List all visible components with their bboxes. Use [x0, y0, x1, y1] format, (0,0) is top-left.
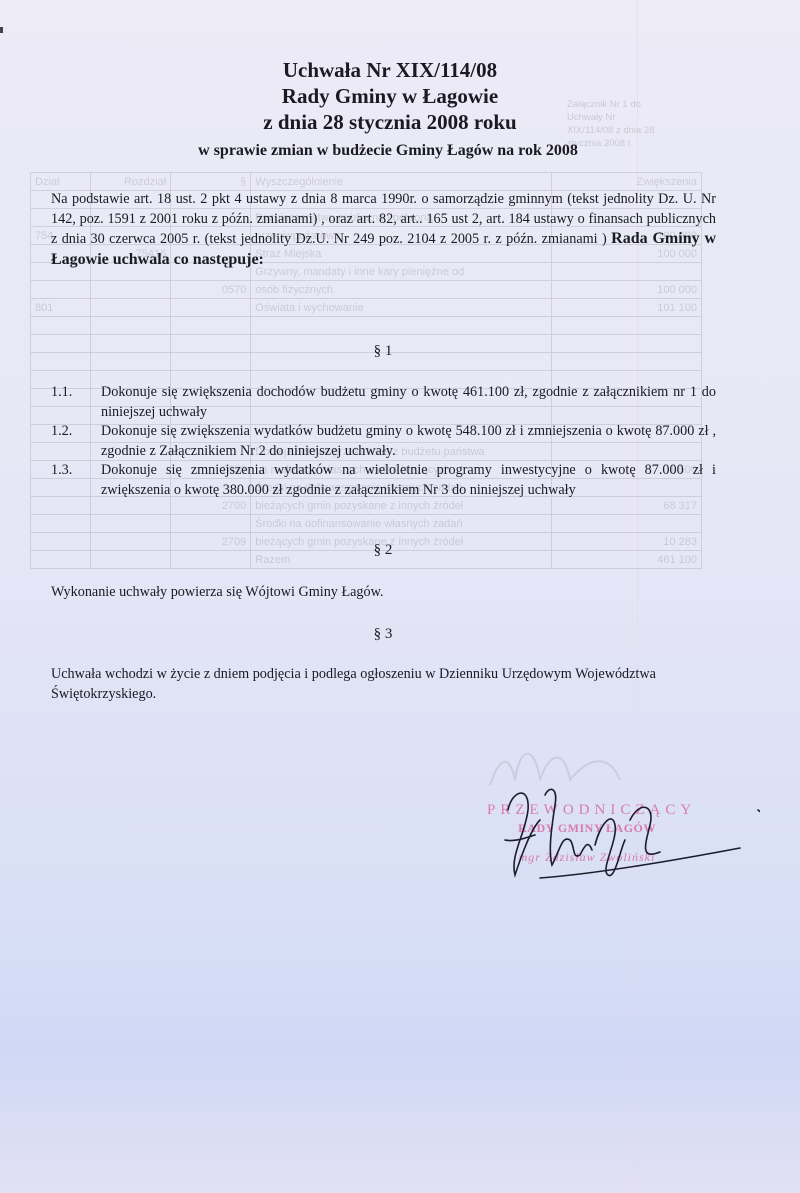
ghost-table-cell — [31, 281, 91, 299]
ghost-table-cell — [31, 515, 91, 533]
ghost-table-row: 801Oświata i wychowanie101 100 — [31, 299, 702, 317]
ghost-table-cell: Wyszczególnienie — [251, 173, 551, 191]
ghost-table-cell: osób fizycznych — [251, 281, 551, 299]
ghost-table-cell — [91, 299, 171, 317]
ghost-table-row — [31, 317, 702, 335]
ghost-table-cell — [91, 317, 171, 335]
ghost-table-cell: 801 — [31, 299, 91, 317]
ghost-table-cell: Rozdział — [91, 173, 171, 191]
ghost-table-cell — [171, 515, 251, 533]
council-name: Rady Gminy w Łagowie — [0, 84, 790, 109]
list-item: 1.1. Dokonuje się zwiększenia dochodów b… — [51, 383, 716, 422]
section-2-text: Wykonanie uchwały powierza się Wójtowi G… — [51, 583, 716, 603]
ghost-table-row: DziałRozdział§WyszczególnienieZwiększeni… — [31, 173, 702, 191]
section-1-items: 1.1. Dokonuje się zwiększenia dochodów b… — [51, 383, 716, 500]
list-item: 1.3. Dokonuje się zmniejszenia wydatków … — [51, 461, 716, 500]
section-heading-3: § 3 — [0, 626, 783, 643]
item-number: 1.2. — [51, 422, 101, 461]
item-text: Dokonuje się zwiększenia wydatków budżet… — [101, 422, 716, 461]
ghost-table-cell — [171, 317, 251, 335]
handwritten-signature — [500, 780, 760, 890]
list-item: 1.2. Dokonuje się zwiększenia wydatków b… — [51, 422, 716, 461]
ghost-table-cell — [31, 317, 91, 335]
preamble: Na podstawie art. 18 ust. 2 pkt 4 ustawy… — [51, 190, 716, 270]
section-heading-2: § 2 — [0, 542, 783, 559]
ghost-table-cell: 0570 — [171, 281, 251, 299]
ghost-table-cell — [251, 317, 551, 335]
item-number: 1.3. — [51, 461, 101, 500]
ghost-table-cell: 100 000 — [551, 281, 701, 299]
ghost-table-row: Środki na dofinansowanie własnych zadań — [31, 515, 702, 533]
item-text: Dokonuje się zmniejszenia wydatków na wi… — [101, 461, 716, 500]
ghost-table-cell: Oświata i wychowanie — [251, 299, 551, 317]
section-3-text: Uchwała wchodzi w życie z dniem podjęcia… — [51, 665, 716, 704]
ghost-table-row: 0570osób fizycznych100 000 — [31, 281, 702, 299]
scan-artifact-mark — [0, 27, 3, 33]
ghost-table-cell: Dział — [31, 173, 91, 191]
ghost-table-cell — [91, 515, 171, 533]
ghost-table-cell — [551, 515, 701, 533]
ghost-table-cell: Zwiększenia — [551, 173, 701, 191]
ghost-table-cell: Środki na dofinansowanie własnych zadań — [251, 515, 551, 533]
ghost-table-cell: 101 100 — [551, 299, 701, 317]
resolution-date: z dnia 28 stycznia 2008 roku — [0, 110, 790, 135]
ghost-table-cell — [91, 281, 171, 299]
resolution-subject: w sprawie zmian w budżecie Gminy Łagów n… — [0, 142, 788, 160]
ghost-table-cell — [171, 299, 251, 317]
item-text: Dokonuje się zwiększenia dochodów budżet… — [101, 383, 716, 422]
item-number: 1.1. — [51, 383, 101, 422]
ghost-table-cell: § — [171, 173, 251, 191]
resolution-number: Uchwała Nr XIX/114/08 — [0, 58, 790, 83]
section-heading-1: § 1 — [0, 343, 783, 360]
ghost-table-cell — [551, 317, 701, 335]
